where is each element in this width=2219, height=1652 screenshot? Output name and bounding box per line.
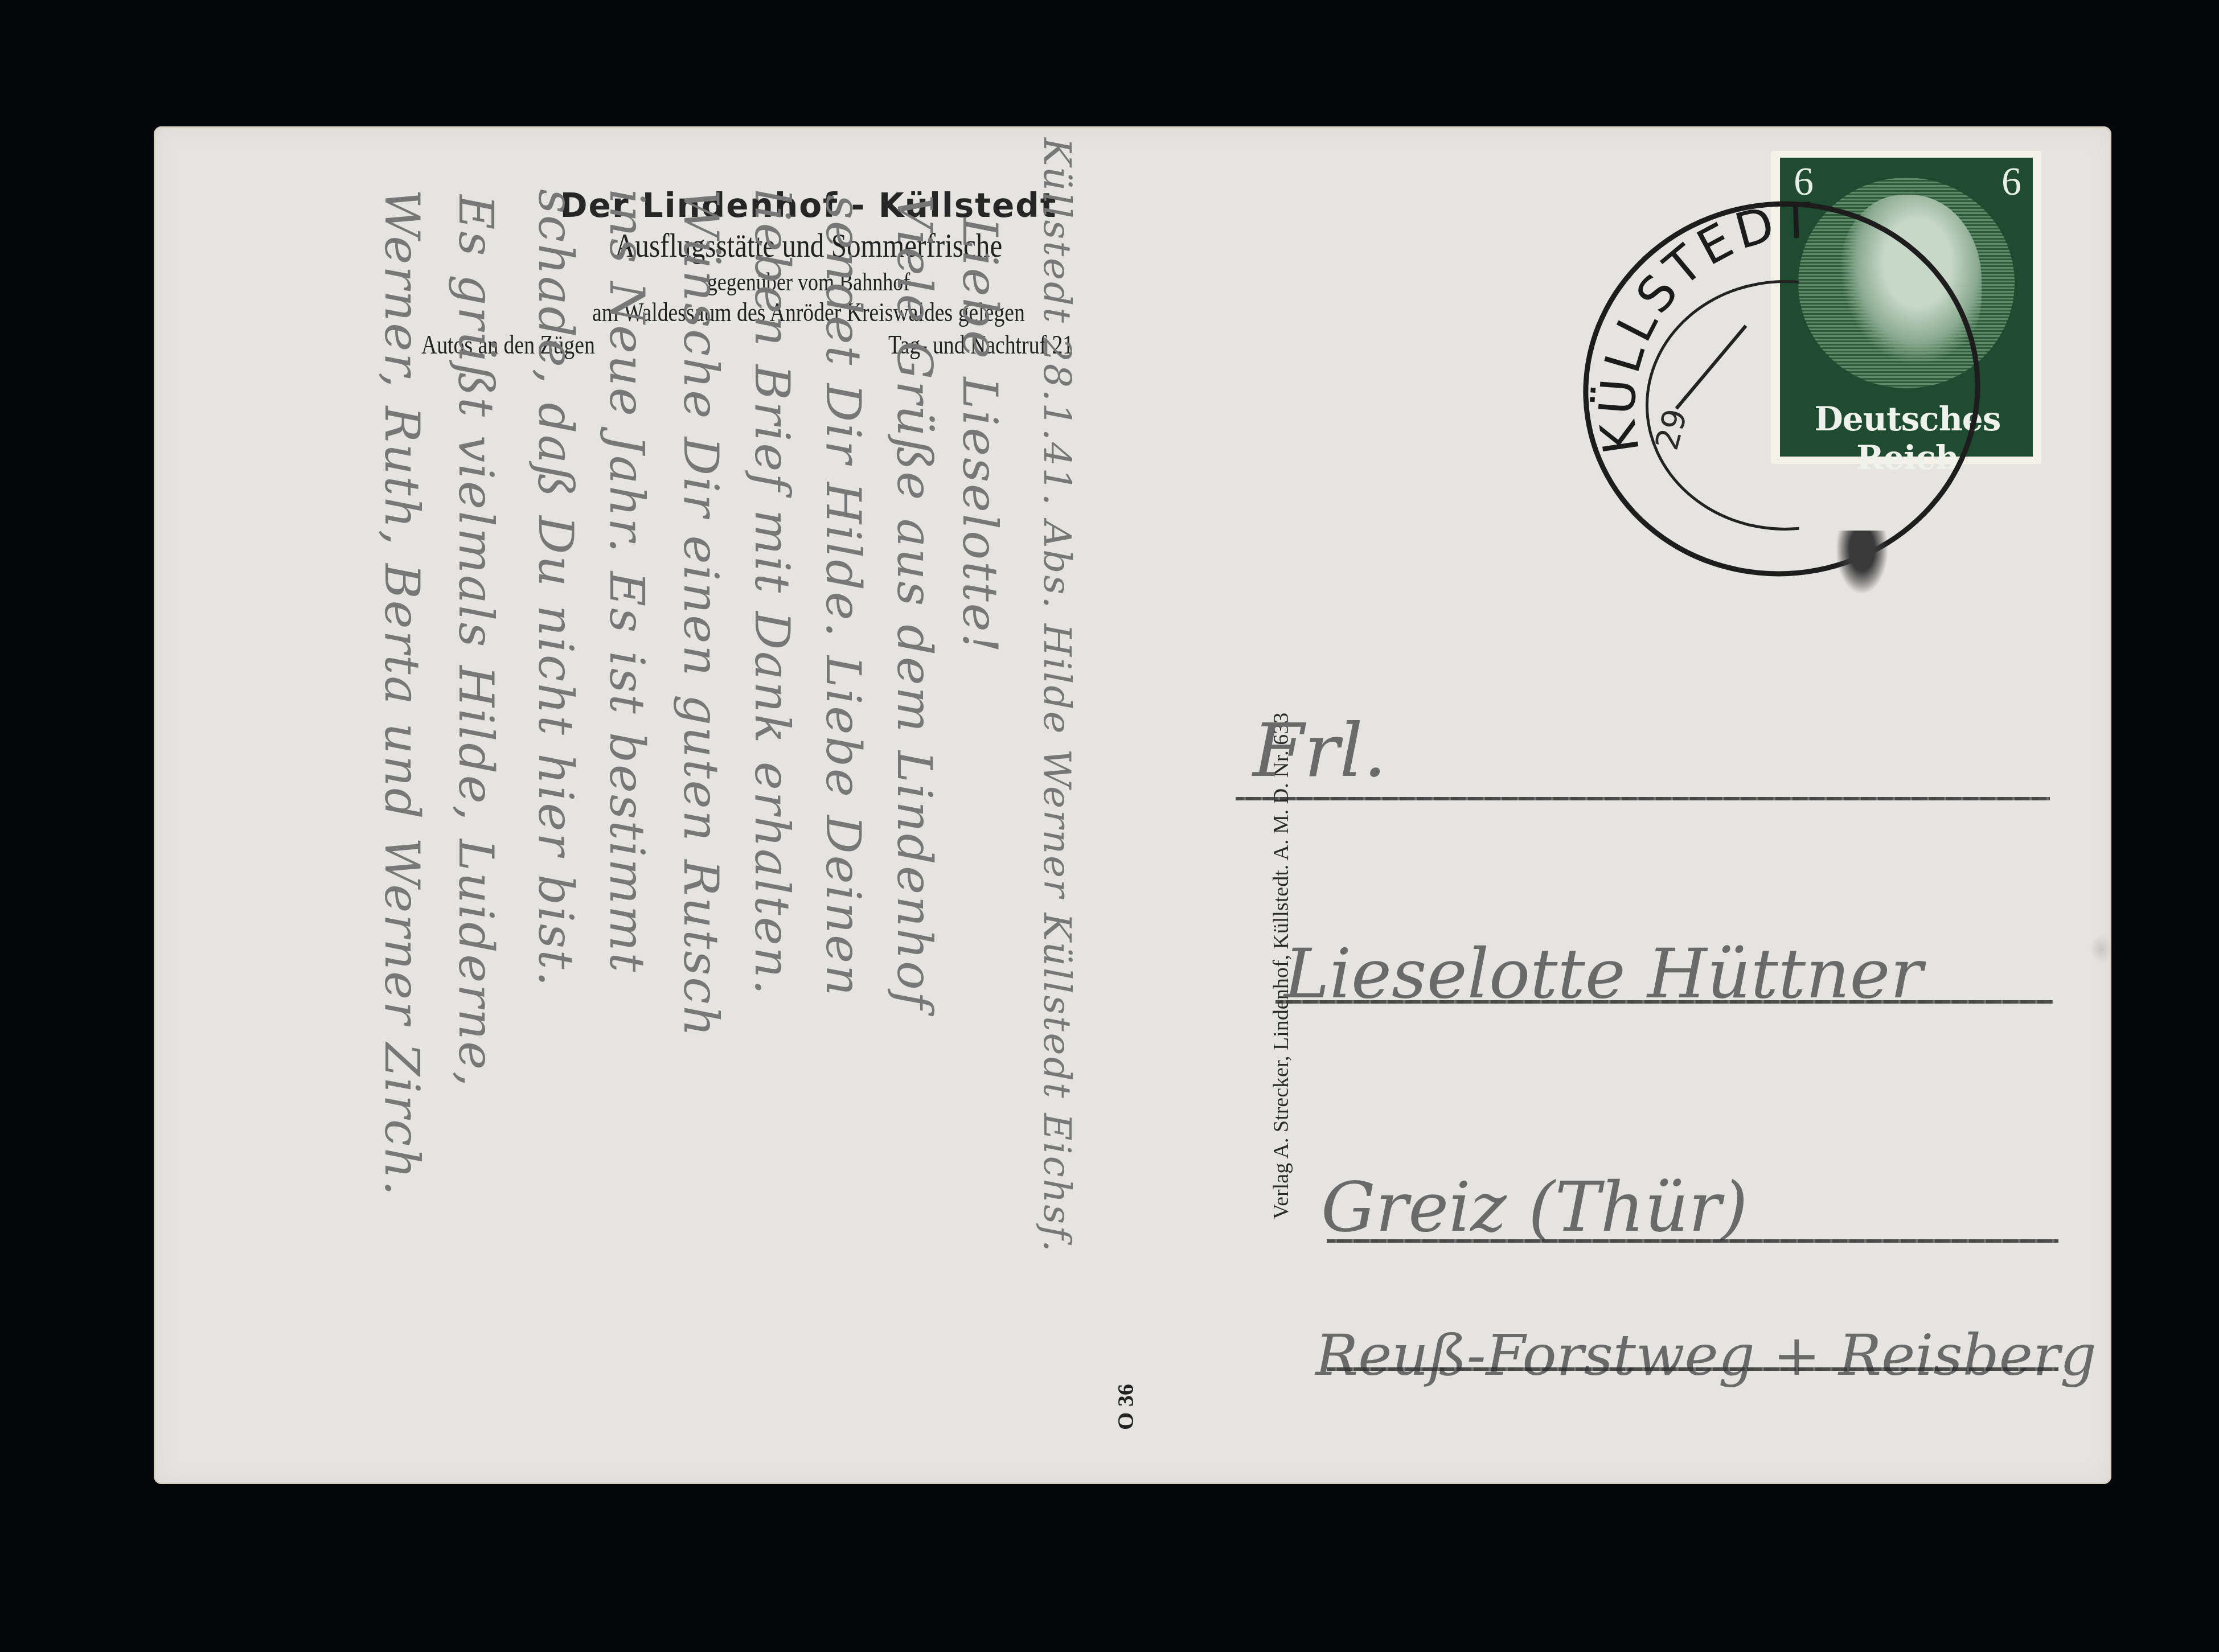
print-code: O 36: [1110, 1350, 1145, 1430]
message-line: Liebe Lieselotte!: [952, 217, 1008, 654]
postmark-town-icon: KÜLLSTEDT: [1566, 183, 1999, 593]
faint-mark: [2090, 935, 2113, 963]
address-rule-3: [1327, 1239, 2058, 1243]
message-line: Viele Grüße aus dem Lindenhof: [887, 195, 942, 1011]
message-line: schade, daß Du nicht hier bist.: [528, 189, 584, 988]
address-rule-2: [1275, 1000, 2053, 1004]
ink-smudge: [1836, 531, 1888, 593]
message-line: sendet Dir Hilde. Liebe Deinen: [815, 195, 871, 997]
message-line: lieben Brief mit Dank erhalten.: [744, 189, 800, 996]
message-line: Es grüßt vielmals Hilde, Luiderne,: [448, 195, 504, 1088]
postmark-town: KÜLLSTEDT: [1589, 192, 1816, 458]
print-code-text: O 36: [1112, 1384, 1139, 1430]
message-line: ins Neue Jahr. Es ist bestimmt: [599, 189, 655, 974]
header-subtitle: Ausflugsstätte und Sommerfrische: [496, 226, 1122, 265]
postcard: Der Lindenhof - Küllstedt Ausflugsstätte…: [154, 126, 2111, 1484]
sender-line: Küllstedt 28.1.41. Abs. Hilde Werner Kül…: [1035, 138, 1079, 1254]
address-street: Reuß-Forstweg + Reisberg: [1315, 1322, 2097, 1388]
message-line: Wünsche Dir einen guten Rutsch: [673, 189, 729, 1038]
stamp-value-right: 6: [2001, 159, 2021, 205]
publisher-imprint: Verlag A. Strecker, Lindenhof, Küllstedt…: [1264, 388, 1298, 1219]
address-salutation: Frl.: [1253, 707, 1387, 794]
address-rule-4: [1327, 1367, 2058, 1371]
header-line-bahnhof: gegenüber vom Bahnhof: [496, 268, 1122, 297]
address-rule-1: [1236, 797, 2050, 800]
svg-text:KÜLLSTEDT: KÜLLSTEDT: [1589, 192, 1816, 458]
header-line-waldessaum: am Waldessaum des Anröder Kreiswaldes ge…: [496, 297, 1122, 327]
message-line: Werner, Ruth, Berta und Werner Zirch.: [374, 189, 430, 1197]
address-city: Greiz (Thür): [1321, 1168, 1748, 1247]
